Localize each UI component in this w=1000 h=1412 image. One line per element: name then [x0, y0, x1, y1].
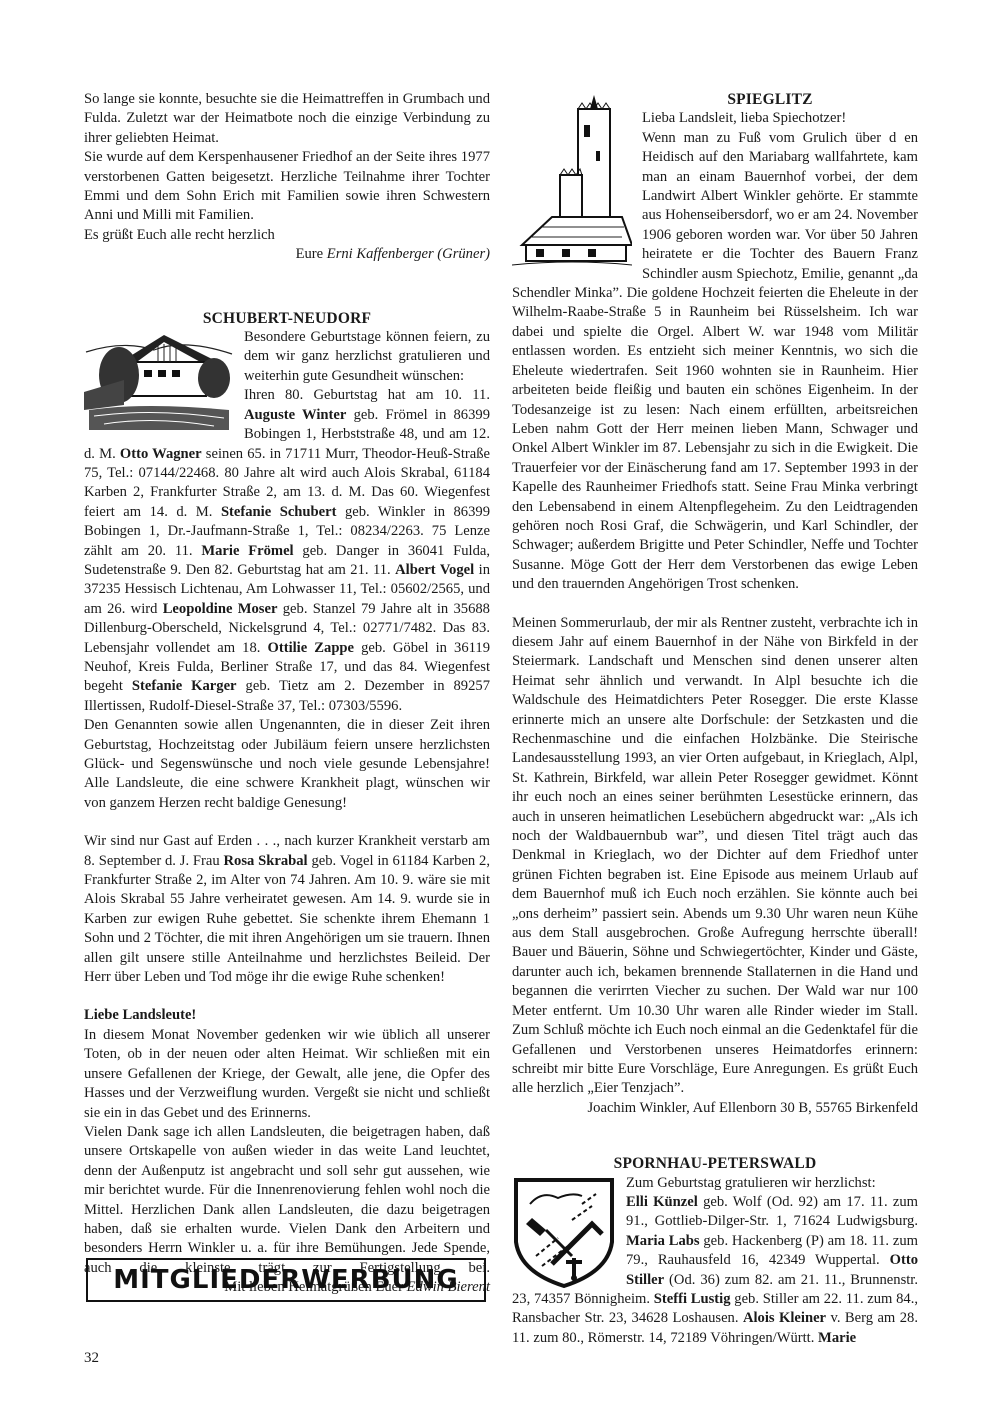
person-name: Marie Frömel [201, 543, 293, 559]
right-column: SPIEGLITZ Lieba Landsleit, lieba Spiecho… [512, 90, 918, 1348]
person-name: Stefanie Karger [132, 678, 237, 694]
person-name: Alois Kleiner [743, 1310, 826, 1326]
person-name: Steffi Lustig [654, 1291, 731, 1307]
section-heading-schubert-neudorf: SCHUBERT-NEUDORF [84, 309, 490, 328]
person-name: Auguste Winter [244, 407, 346, 423]
person-name: Stefanie Schubert [221, 504, 337, 520]
section-heading-liebe-landsleute: Liebe Landsleute! [84, 1006, 490, 1025]
page-number: 32 [84, 1350, 99, 1367]
coat-of-arms-illustration [512, 1176, 616, 1288]
intro-paragraph: Sie wurde auf dem Kerspenhausener Friedh… [84, 148, 490, 226]
intro-signature: Eure Erni Kaffenberger (Grüner) [84, 245, 490, 264]
spieglitz-signature: Joachim Winkler, Auf Ellenborn 30 B, 557… [512, 1099, 918, 1118]
landsleute-paragraph-2: Vielen Dank sage ich allen Landsleuten, … [84, 1123, 490, 1278]
person-name: Ottilie Zappe [268, 640, 355, 656]
schubert-wishes: Den Genannten sowie allen Ungenannten, d… [84, 716, 490, 813]
house-illustration [84, 330, 234, 432]
person-name: Leopoldine Moser [163, 601, 278, 617]
intro-paragraph: So lange sie konnte, besuchte sie die He… [84, 90, 490, 148]
obituary-paragraph: Wir sind nur Gast auf Erden . . ., nach … [84, 832, 490, 987]
person-name: Otto Wagner [120, 446, 202, 462]
schubert-birthdays: Ihren 80. Geburtstag hat am 10. 11. Augu… [84, 386, 490, 716]
intro-paragraph: Es grüßt Euch alle recht herzlich [84, 226, 490, 245]
person-name: Marie [818, 1330, 856, 1346]
landsleute-paragraph-1: In diesem Monat November gedenken wir wi… [84, 1026, 490, 1123]
signature-name: Erni Kaffenberger (Grüner) [327, 246, 490, 262]
tower-illustration [512, 95, 632, 267]
membership-banner: MITGLIEDERWERBUNG [86, 1258, 486, 1302]
person-name: Maria Labs [626, 1233, 700, 1249]
left-column: So lange sie konnte, besuchte sie die He… [84, 90, 490, 1298]
person-name: Rosa Skrabal [224, 853, 308, 869]
spieglitz-paragraph-2: Meinen Sommerurlaub, der mir als Rentner… [512, 614, 918, 1099]
person-name: Albert Vogel [395, 562, 474, 578]
person-name: Elli Künzel [626, 1194, 698, 1210]
section-heading-spornhau-peterswald: SPORNHAU-PETERSWALD [512, 1154, 918, 1173]
